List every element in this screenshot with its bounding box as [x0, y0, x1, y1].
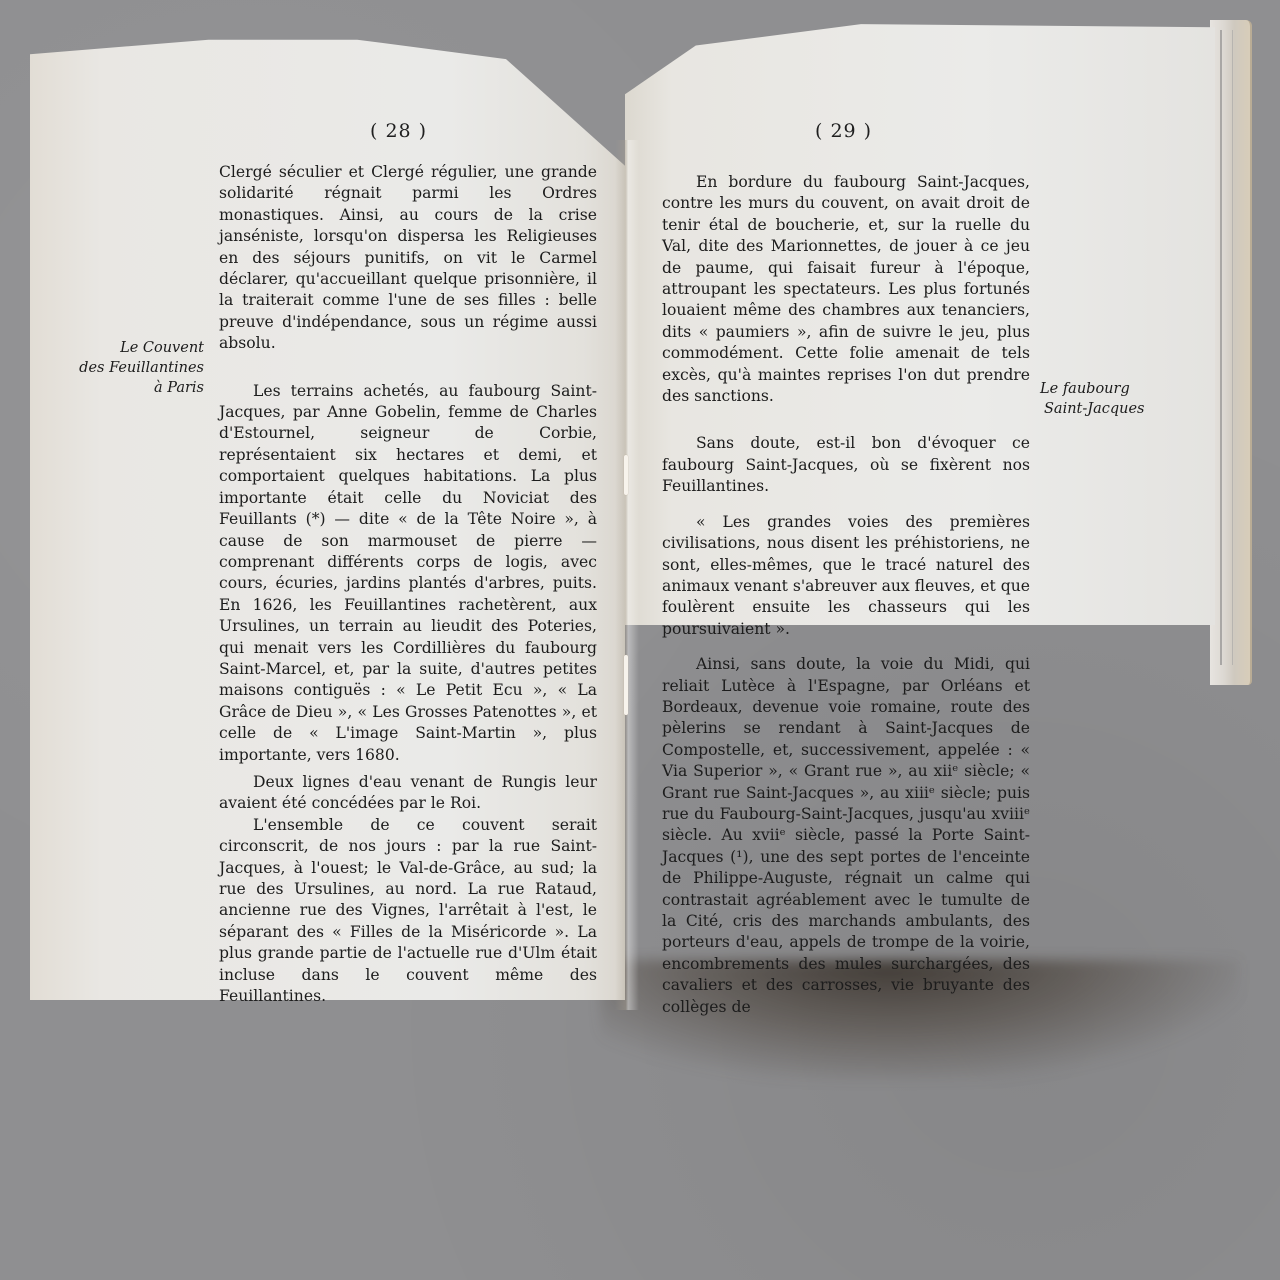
paragraph: Ainsi, sans doute, la voie du Midi, qui …: [662, 654, 1030, 1018]
paragraph: « Les grandes voies des premières civili…: [662, 512, 1030, 640]
book-gutter: [615, 140, 639, 1010]
paragraph: L'ensemble de ce couvent serait circonsc…: [219, 815, 597, 1008]
page-edge-line: [1232, 30, 1233, 665]
page-edges-stack: [1210, 20, 1252, 685]
paragraph: Deux lignes d'eau venant de Rungis leur …: [219, 772, 597, 815]
paragraph: Sans doute, est-il bon d'évoquer ce faub…: [662, 433, 1030, 497]
binding-stitch: [624, 455, 628, 495]
right-page-text: En bordure du faubourg Saint-Jacques, co…: [662, 172, 1030, 1018]
binding-stitch: [624, 655, 628, 715]
left-page-text: Clergé séculier et Clergé régulier, une …: [219, 162, 597, 1007]
page-number-left: ( 28 ): [370, 120, 427, 142]
margin-note-line: Le Couvent: [79, 338, 204, 358]
paragraph: Clergé séculier et Clergé régulier, une …: [219, 162, 597, 355]
margin-note-line: des Feuillantines: [79, 358, 204, 378]
margin-note-right: Le faubourg Saint-Jacques: [1040, 379, 1145, 419]
margin-note-line: Saint-Jacques: [1040, 399, 1145, 419]
page-number-right: ( 29 ): [815, 120, 872, 142]
paragraph: En bordure du faubourg Saint-Jacques, co…: [662, 172, 1030, 407]
margin-note-line: Le faubourg: [1040, 379, 1145, 399]
paragraph: Les terrains achetés, au faubourg Saint-…: [219, 381, 597, 766]
margin-note-line: à Paris: [79, 378, 204, 398]
margin-note-left: Le Couvent des Feuillantines à Paris: [79, 338, 204, 398]
page-edge-line: [1220, 30, 1222, 665]
